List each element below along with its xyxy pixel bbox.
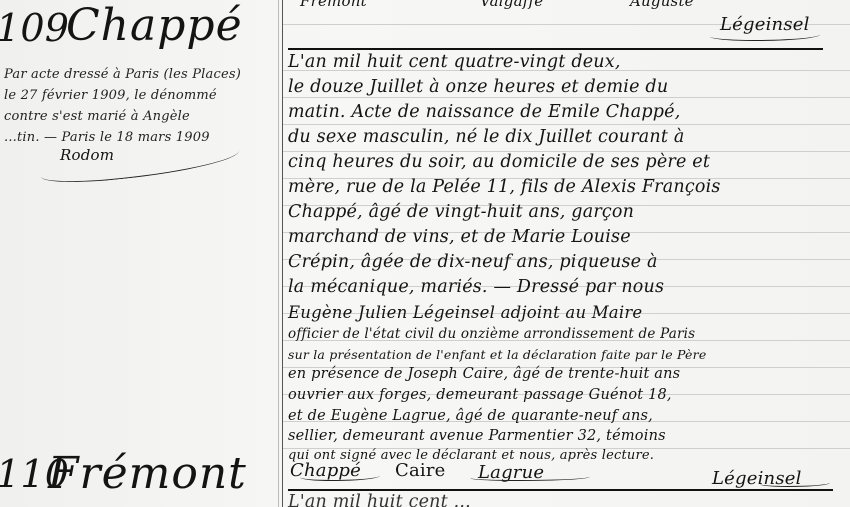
entry-surname: Chappé bbox=[66, 0, 243, 51]
entry-text-line: le douze Juillet à onze heures et demie … bbox=[288, 75, 668, 100]
margin-annotation-line: contre s'est marié à Angèle bbox=[4, 106, 190, 127]
signature-flourish bbox=[300, 472, 380, 481]
margin-line bbox=[282, 0, 283, 507]
entry-text-line: mère, rue de la Pelée 11, fils de Alexis… bbox=[288, 175, 721, 200]
previous-entry-fragment: Fremont bbox=[300, 0, 367, 10]
register-page: Fremont Valgaffe Auguste Légeinsel 109 C… bbox=[0, 0, 850, 507]
entry-text-line: Chappé, âgé de vingt-huit ans, garçon bbox=[288, 200, 634, 225]
entry-number: 109 bbox=[0, 6, 69, 50]
signature-flourish bbox=[710, 30, 820, 41]
entry-surname: Frémont bbox=[48, 448, 247, 499]
next-entry-fragment: L'an mil huit cent ... bbox=[288, 490, 471, 507]
entry-text-line: cinq heures du soir, au domicile de ses … bbox=[288, 150, 710, 175]
margin-annotation-line: Par acte dressé à Paris (les Places) bbox=[4, 64, 241, 85]
previous-entry-fragment: Valgaffe bbox=[480, 0, 543, 10]
margin-annotation-line: le 27 février 1909, le dénommé bbox=[4, 85, 217, 106]
signature-flourish bbox=[470, 474, 590, 481]
entry-text-line: L'an mil huit cent quatre-vingt deux, bbox=[288, 50, 621, 75]
entry-text-line: du sexe masculin, né le dix Juillet cour… bbox=[288, 125, 685, 150]
signature-flourish bbox=[760, 480, 830, 487]
signature-witness: Caire bbox=[395, 460, 446, 481]
entry-text-line: la mécanique, mariés. — Dressé par nous bbox=[288, 275, 664, 300]
entry-text-line: marchand de vins, et de Marie Louise bbox=[288, 225, 631, 250]
entry-text-line: Crépin, âgée de dix-neuf ans, piqueuse à bbox=[288, 250, 658, 275]
entry-text-line: matin. Acte de naissance de Emile Chappé… bbox=[288, 100, 680, 125]
page-fold-line bbox=[278, 0, 279, 507]
previous-entry-fragment: Auguste bbox=[630, 0, 694, 10]
